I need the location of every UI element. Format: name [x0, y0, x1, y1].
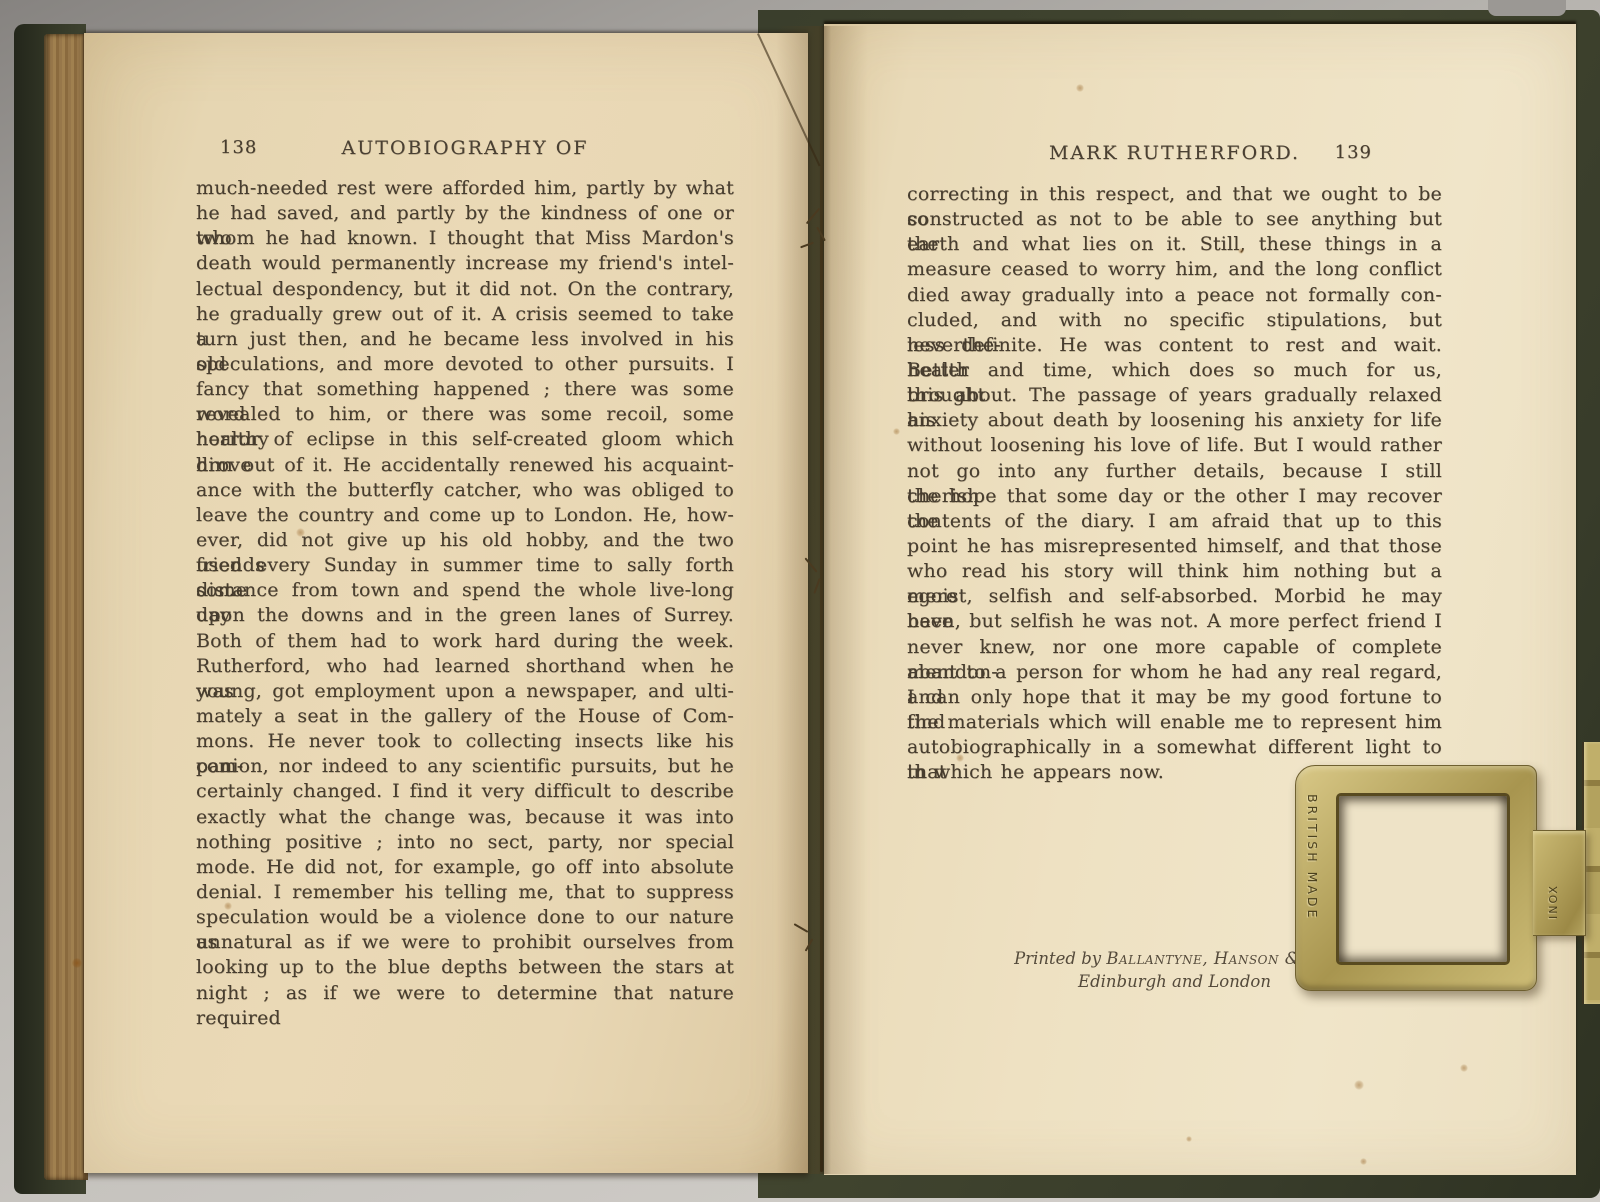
text-line: been, but selfish he was not. A more per…	[907, 609, 1442, 634]
text-line: he had saved, and partly by the kindness…	[196, 201, 734, 226]
text-line: looking up to the blue depths between th…	[196, 955, 734, 980]
text-line: the materials which will enable me to re…	[907, 710, 1442, 735]
text-line: point he has misrepresented himself, and…	[907, 534, 1442, 559]
text-line: cluded, and with no specific stipulation…	[907, 308, 1442, 333]
book-photo: 138 AUTOBIOGRAPHY OF much-needed rest we…	[0, 0, 1600, 1202]
text-line: him out of it. He accidentally renewed h…	[196, 453, 734, 478]
text-line: nothing positive ; into no sect, party, …	[196, 830, 734, 855]
text-line: Rutherford, who had learned shorthand wh…	[196, 654, 734, 679]
text-line: Both of them had to work hard during the…	[196, 629, 734, 654]
text-line: ever, did not give up his old hobby, and…	[196, 528, 734, 553]
text-line: upon the downs and in the green lanes of…	[196, 603, 734, 628]
foxing-spot	[72, 958, 82, 968]
text-line: correcting in this respect, and that we …	[907, 182, 1442, 207]
text-line: never knew, nor one more capable of comp…	[907, 635, 1442, 660]
text-line: certainly changed. I find it very diffic…	[196, 779, 734, 804]
text-line: constructed as not to be able to see any…	[907, 207, 1442, 232]
foxing-spot	[1238, 248, 1244, 254]
foxing-spot	[296, 528, 305, 537]
page-stack-fore-edge	[44, 34, 88, 1180]
text-line: turn just then, and he became less invol…	[196, 327, 734, 352]
text-line: the hope that some day or the other I ma…	[907, 484, 1442, 509]
text-line: ance with the butterfly catcher, who was…	[196, 478, 734, 503]
foxing-spot	[466, 792, 472, 798]
text-line: used every Sunday in summer time to sall…	[196, 553, 734, 578]
clasp-tab: INOX	[1533, 830, 1586, 936]
background-object	[1488, 0, 1566, 16]
clasp-stamp-inox: INOX	[1547, 849, 1560, 919]
text-line: leave the country and come up to London.…	[196, 503, 734, 528]
text-line: not go into any further details, because…	[907, 459, 1442, 484]
text-line: mately a seat in the gallery of the Hous…	[196, 704, 734, 729]
text-line: speculations, and more devoted to other …	[196, 352, 734, 377]
foxing-spot	[1076, 84, 1084, 92]
text-line: ment to a person for whom he had any rea…	[907, 660, 1442, 685]
foxing-spot	[956, 754, 964, 762]
clasp-window	[1336, 793, 1510, 965]
text-line: autobiographically in a somewhat differe…	[907, 735, 1442, 760]
text-line: who read his story will think him nothin…	[907, 559, 1442, 584]
foxing-spot	[1354, 1080, 1364, 1090]
clasp-frame: BRITISH MADE	[1295, 765, 1537, 991]
text-line: panion, nor indeed to any scientific pur…	[196, 754, 734, 779]
left-page: 138 AUTOBIOGRAPHY OF much-needed rest we…	[84, 33, 808, 1173]
text-line: I can only hope that it may be my good f…	[907, 685, 1442, 710]
text-line: young, got employment upon a newspaper, …	[196, 679, 734, 704]
text-line: this about. The passage of years gradual…	[907, 383, 1442, 408]
foxing-spot	[224, 902, 232, 910]
text-line: horror of eclipse in this self-created g…	[196, 427, 734, 452]
text-line: egoist, selfish and self-absorbed. Morbi…	[907, 584, 1442, 609]
text-line: much-needed rest were afforded him, part…	[196, 176, 734, 201]
text-line: revealed to him, or there was some recoi…	[196, 402, 734, 427]
text-line: mode. He did not, for example, go off in…	[196, 855, 734, 880]
clasp-stamp-british-made: BRITISH MADE	[1305, 794, 1320, 962]
right-page-number: 139	[1335, 142, 1372, 163]
left-running-header: AUTOBIOGRAPHY OF	[196, 137, 734, 159]
text-line: mons. He never took to collecting insect…	[196, 729, 734, 754]
text-line: he gradually grew out of it. A crisis se…	[196, 302, 734, 327]
colophon-prefix: Printed by	[1014, 949, 1106, 968]
text-line: measure ceased to worry him, and the lon…	[907, 257, 1442, 282]
text-line: earth and what lies on it. Still, these …	[907, 232, 1442, 257]
text-line: fancy that something happened ; there wa…	[196, 377, 734, 402]
foxing-spot	[1460, 1064, 1468, 1072]
text-line: night ; as if we were to determine that …	[196, 981, 734, 1006]
right-page-text: correcting in this respect, and that we …	[907, 182, 1442, 785]
text-line: unnatural as if we were to prohibit ours…	[196, 930, 734, 955]
text-line: anxiety about death by loosening his anx…	[907, 408, 1442, 433]
gutter-crease	[820, 58, 823, 1172]
text-line: less definite. He was content to rest an…	[907, 333, 1442, 358]
foxing-spot	[1186, 1136, 1192, 1142]
text-line: without loosening his love of life. But …	[907, 433, 1442, 458]
text-line: contents of the diary. I am afraid that …	[907, 509, 1442, 534]
text-line: died away gradually into a peace not for…	[907, 283, 1442, 308]
text-line: speculation would be a violence done to …	[196, 905, 734, 930]
foxing-spot	[893, 428, 900, 435]
text-line: exactly what the change was, because it …	[196, 805, 734, 830]
foxing-spot	[1360, 1158, 1367, 1165]
text-line: health and time, which does so much for …	[907, 358, 1442, 383]
text-line: distance from town and spend the whole l…	[196, 578, 734, 603]
text-line: death would permanently increase my frie…	[196, 251, 734, 276]
left-page-text: much-needed rest were afforded him, part…	[196, 176, 734, 1006]
text-line: lectual despondency, but it did not. On …	[196, 277, 734, 302]
text-line: whom he had known. I thought that Miss M…	[196, 226, 734, 251]
right-page: MARK RUTHERFORD. 139 correcting in this …	[824, 24, 1576, 1175]
text-line: denial. I remember his telling me, that …	[196, 880, 734, 905]
